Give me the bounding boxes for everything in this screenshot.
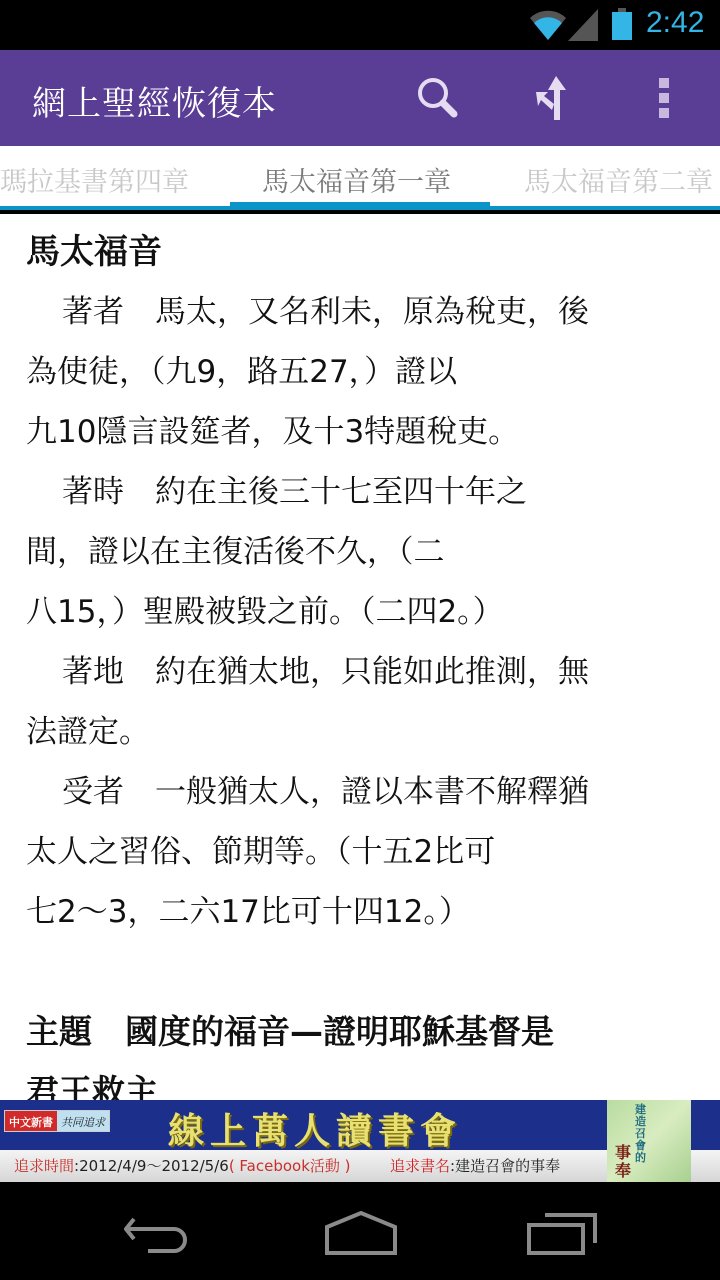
overflow-menu-button[interactable] bbox=[634, 68, 694, 128]
navigate-button[interactable] bbox=[522, 68, 582, 128]
back-button[interactable] bbox=[114, 1206, 204, 1260]
ad-logo: 中文新書 共同追求 bbox=[4, 1110, 110, 1132]
text-line: 受者 一般猶太人，證以本書不解釋猶 bbox=[26, 762, 720, 822]
more-vert-icon bbox=[657, 76, 671, 120]
text-line: 九10隱言設筵者，及十3特題稅吏。 bbox=[26, 402, 720, 462]
tab-current-chapter[interactable]: 馬太福音第一章 bbox=[262, 160, 451, 199]
ad-book-label: 追求書名 bbox=[390, 1157, 450, 1175]
cell-signal-icon bbox=[568, 9, 598, 41]
ad-logo-blue: 共同追求 bbox=[57, 1111, 109, 1131]
search-button[interactable] bbox=[408, 68, 468, 128]
search-icon bbox=[414, 74, 462, 122]
text-line: 間，證以在主復活後不久，（二 bbox=[26, 522, 720, 582]
ad-time-note: ( Facebook活動 ) bbox=[229, 1157, 351, 1175]
recent-apps-icon bbox=[527, 1211, 599, 1255]
ad-book-cover: 建造召會的 事奉 bbox=[607, 1100, 691, 1182]
fork-arrow-icon bbox=[530, 74, 574, 122]
book-heading: 馬太福音 bbox=[26, 222, 720, 282]
spacer bbox=[26, 942, 720, 1002]
ad-headline: 線上萬人讀書會 bbox=[168, 1103, 462, 1154]
app-title: 網上聖經恢復本 bbox=[32, 76, 277, 125]
back-icon bbox=[124, 1213, 194, 1253]
ad-logo-red: 中文新書 bbox=[5, 1111, 57, 1131]
ad-banner[interactable]: 中文新書 共同追求 線上萬人讀書會 追求時間:2012/4/9～2012/5/6… bbox=[0, 1100, 720, 1182]
text-line: 為使徒，（九9，路五27，）證以 bbox=[26, 342, 720, 402]
tab-next-chapter[interactable]: 馬太福音第二章 bbox=[524, 160, 713, 199]
text-line: 法證定。 bbox=[26, 702, 720, 762]
system-nav-bar bbox=[0, 1182, 720, 1280]
home-icon bbox=[323, 1211, 399, 1255]
text-line: 著時 約在主後三十七至四十年之 bbox=[26, 462, 720, 522]
status-bar: 2:42 bbox=[0, 0, 720, 50]
chapter-tabs: 瑪拉基書第四章 馬太福音第一章 馬太福音第二章 bbox=[0, 146, 720, 210]
text-line: 七2～3，二六17比可十四12。） bbox=[26, 882, 720, 942]
wifi-icon bbox=[530, 10, 566, 40]
text-line: 著者 馬太，又名利未，原為稅吏，後 bbox=[26, 282, 720, 342]
ad-time-value: :2012/4/9～2012/5/6 bbox=[74, 1157, 229, 1175]
theme-heading-cont: 君王救主 bbox=[26, 1062, 720, 1100]
chapter-content[interactable]: 馬太福音 著者 馬太，又名利未，原為稅吏，後 為使徒，（九9，路五27，）證以 … bbox=[0, 214, 720, 1100]
text-line: 太人之習俗、節期等。（十五2比可 bbox=[26, 822, 720, 882]
ad-book-value: :建造召會的事奉 bbox=[450, 1157, 560, 1175]
tab-indicator bbox=[230, 202, 490, 210]
home-button[interactable] bbox=[316, 1206, 406, 1260]
ad-cover-subtitle: 事奉 bbox=[615, 1144, 633, 1180]
text-line: 著地 約在猶太地，只能如此推測，無 bbox=[26, 642, 720, 702]
ad-time-label: 追求時間 bbox=[14, 1157, 74, 1175]
status-clock: 2:42 bbox=[646, 6, 704, 40]
ad-time: 追求時間:2012/4/9～2012/5/6( Facebook活動 ) bbox=[14, 1155, 351, 1176]
ad-book: 追求書名:建造召會的事奉 bbox=[390, 1155, 560, 1176]
ad-cover-title: 建造召會的 bbox=[635, 1104, 649, 1164]
theme-heading: 主題 國度的福音—證明耶穌基督是 bbox=[26, 1002, 720, 1062]
recent-apps-button[interactable] bbox=[518, 1206, 608, 1260]
tab-previous-chapter[interactable]: 瑪拉基書第四章 bbox=[0, 160, 189, 199]
battery-icon bbox=[612, 8, 632, 40]
text-line: 八15，）聖殿被毀之前。（二四2。） bbox=[26, 582, 720, 642]
action-bar: 網上聖經恢復本 bbox=[0, 50, 720, 146]
